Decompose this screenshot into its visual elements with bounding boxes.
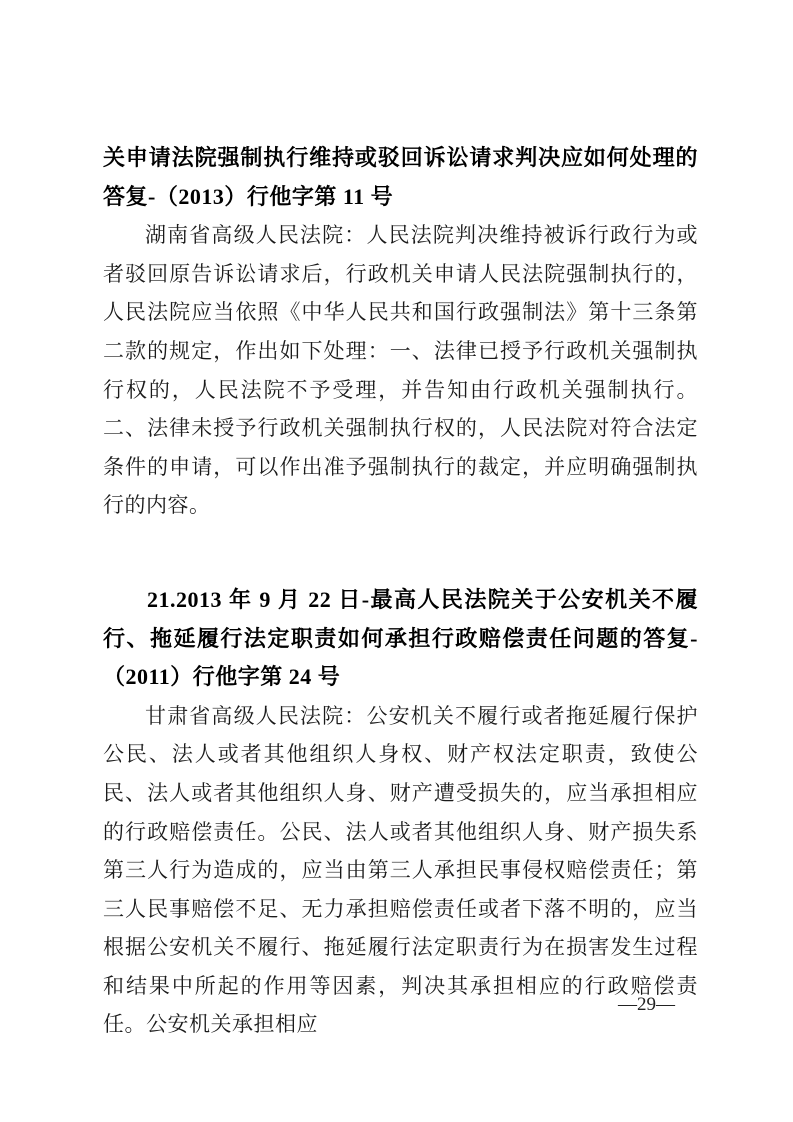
section-body-reply-2013-11: 湖南省高级人民法院：人民法院判决维持被诉行政行为或者驳回原告诉讼请求后，行政机关… xyxy=(103,216,698,525)
document-content: 关申请法院强制执行维持或驳回诉讼请求判决应如何处理的答复-（2013）行他字第 … xyxy=(103,139,698,1044)
section-heading-item-21: 21.2013 年 9 月 22 日-最高人民法院关于公安机关不履行、拖延履行法… xyxy=(103,581,698,697)
page-number: —29— xyxy=(618,994,675,1016)
section-heading-continued: 关申请法院强制执行维持或驳回诉讼请求判决应如何处理的答复-（2013）行他字第 … xyxy=(103,139,698,216)
section-body-reply-2011-24: 甘肃省高级人民法院：公安机关不履行或者拖延履行保护公民、法人或者其他组织人身权、… xyxy=(103,697,698,1044)
document-page: 关申请法院强制执行维持或驳回诉讼请求判决应如何处理的答复-（2013）行他字第 … xyxy=(0,0,793,1122)
